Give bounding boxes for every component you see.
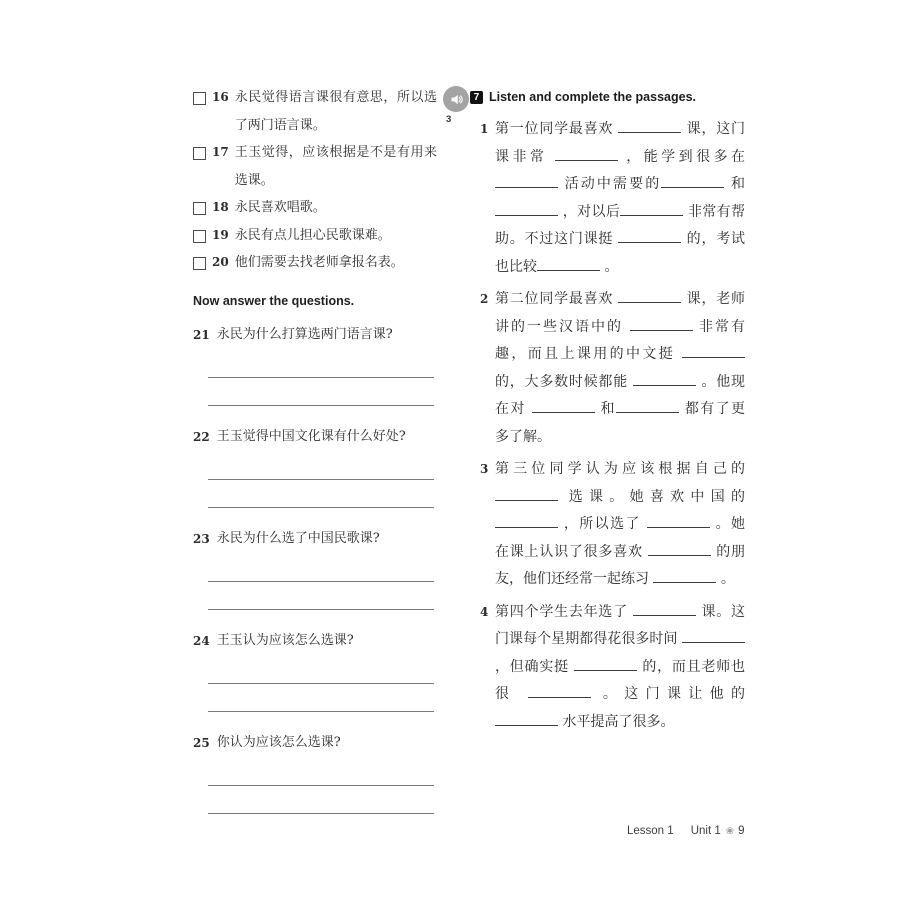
answer-line[interactable]	[208, 786, 434, 814]
passage: 2第二位同学最喜欢 课，老师讲的一些汉语中的 非常有趣，而且上课用的中文挺 的，…	[470, 286, 750, 451]
fill-in-blank[interactable]	[618, 119, 681, 133]
question-text: 永民为什么打算选两门语言课?	[217, 324, 393, 346]
passage-segment: 的，大多数时候都能	[495, 374, 633, 390]
question-block: 21永民为什么打算选两门语言课?	[193, 324, 437, 406]
passage-number: 4	[480, 599, 495, 627]
question-text-row: 25你认为应该怎么选课?	[193, 732, 437, 754]
question-number: 24	[193, 630, 210, 652]
checklist-item-number: 17	[212, 139, 229, 167]
checkbox-icon[interactable]	[193, 92, 206, 105]
question-text-row: 23永民为什么选了中国民歌课?	[193, 528, 437, 550]
fill-in-blank[interactable]	[495, 174, 558, 188]
checklist-item-text: 他们需要去找老师拿报名表。	[235, 249, 404, 277]
passage-text: 第二位同学最喜欢 课，老师讲的一些汉语中的 非常有趣，而且上课用的中文挺 的，大…	[495, 286, 745, 451]
fill-in-blank[interactable]	[647, 514, 710, 528]
question-block: 25你认为应该怎么选课?	[193, 732, 437, 814]
exercise-instruction: Listen and complete the passages.	[489, 90, 696, 105]
fill-in-blank[interactable]	[618, 289, 681, 303]
passage-segment: 。	[600, 259, 618, 275]
answer-line[interactable]	[208, 652, 434, 684]
fill-in-blank[interactable]	[528, 684, 591, 698]
checklist-item: 19永民有点儿担心民歌课难。	[193, 222, 437, 250]
fill-in-blank[interactable]	[620, 202, 683, 216]
fill-in-blank[interactable]	[555, 147, 618, 161]
passage-segment: ，但确实挺	[495, 659, 574, 675]
fill-in-blank[interactable]	[495, 202, 558, 216]
checklist-item-number: 20	[212, 249, 229, 277]
question-text: 永民为什么选了中国民歌课?	[217, 528, 380, 550]
fill-in-blank[interactable]	[653, 569, 716, 583]
speaker-icon	[443, 86, 469, 112]
checklist-item-text: 永民有点儿担心民歌课难。	[235, 222, 391, 250]
answer-line[interactable]	[208, 448, 434, 480]
question-block: 24王玉认为应该怎么选课?	[193, 630, 437, 712]
passage-text: 第一位同学最喜欢 课，这门课非常 ，能学到很多在 活动中需要的 和 ，对以后 非…	[495, 116, 745, 281]
passage-segment: 第二位同学最喜欢	[495, 291, 618, 307]
checkbox-icon[interactable]	[193, 147, 206, 160]
fill-in-blank[interactable]	[633, 602, 696, 616]
fill-in-blank[interactable]	[618, 229, 681, 243]
fill-in-blank[interactable]	[495, 514, 558, 528]
passage: 1第一位同学最喜欢 课，这门课非常 ，能学到很多在 活动中需要的 和 ，对以后 …	[470, 116, 750, 281]
checklist-item-number: 16	[212, 84, 229, 112]
answer-area	[208, 448, 437, 508]
checklist-item: 20他们需要去找老师拿报名表。	[193, 249, 437, 277]
checkbox-icon[interactable]	[193, 202, 206, 215]
answer-line[interactable]	[208, 346, 434, 378]
passage-segment: 活动中需要的	[558, 176, 661, 192]
passage-segment: 和	[595, 401, 616, 417]
questions-heading: Now answer the questions.	[193, 294, 437, 308]
left-column: 16永民觉得语言课很有意思，所以选了两门语言课。17王玉觉得，应该根据是不是有用…	[193, 84, 437, 834]
checklist-item-text: 王玉觉得，应该根据是不是有用来选课。	[235, 139, 437, 194]
question-block: 22王玉觉得中国文化课有什么好处?	[193, 426, 437, 508]
passage-segment: ，所以选了	[558, 516, 647, 532]
question-number: 21	[193, 324, 210, 346]
fill-in-blank[interactable]	[630, 317, 693, 331]
answer-line[interactable]	[208, 754, 434, 786]
fill-in-blank[interactable]	[648, 542, 711, 556]
answer-area	[208, 346, 437, 406]
answer-area	[208, 652, 437, 712]
question-text: 王玉觉得中国文化课有什么好处?	[217, 426, 406, 448]
passage-number: 3	[480, 456, 495, 484]
fill-in-blank[interactable]	[682, 344, 745, 358]
checklist-item-number: 19	[212, 222, 229, 250]
exercise-number-badge: 7	[470, 91, 483, 104]
passages-list: 1第一位同学最喜欢 课，这门课非常 ，能学到很多在 活动中需要的 和 ，对以后 …	[470, 116, 750, 736]
flower-icon: ❀	[726, 826, 734, 837]
question-text: 王玉认为应该怎么选课?	[217, 630, 354, 652]
checklist-item-text: 永民喜欢唱歌。	[235, 194, 326, 222]
fill-in-blank[interactable]	[495, 712, 558, 726]
passage-segment: 选课。她喜欢中国的	[558, 489, 745, 505]
passage-segment: ，能学到很多在	[618, 149, 745, 165]
passage-number: 1	[480, 116, 495, 144]
checklist-item: 18永民喜欢唱歌。	[193, 194, 437, 222]
fill-in-blank[interactable]	[616, 399, 679, 413]
question-text-row: 24王玉认为应该怎么选课?	[193, 630, 437, 652]
fill-in-blank[interactable]	[661, 174, 724, 188]
audio-track-number: 3	[446, 114, 471, 125]
answer-line[interactable]	[208, 378, 434, 406]
question-number: 23	[193, 528, 210, 550]
fill-in-blank[interactable]	[682, 629, 745, 643]
answer-area	[208, 754, 437, 814]
passage-segment: 第四个学生去年选了	[495, 604, 633, 620]
question-number: 25	[193, 732, 210, 754]
checkbox-icon[interactable]	[193, 257, 206, 270]
answer-line[interactable]	[208, 550, 434, 582]
passage-segment: 。这门课让他的	[591, 686, 745, 702]
checklist-item-number: 18	[212, 194, 229, 222]
answer-line[interactable]	[208, 582, 434, 610]
passage-segment: 水平提高了很多。	[558, 714, 674, 730]
answer-line[interactable]	[208, 480, 434, 508]
passage-segment: 第三位同学认为应该根据自己的	[495, 461, 745, 477]
answer-area	[208, 550, 437, 610]
question-block: 23永民为什么选了中国民歌课?	[193, 528, 437, 610]
question-number: 22	[193, 426, 210, 448]
checklist-item: 17王玉觉得，应该根据是不是有用来选课。	[193, 139, 437, 194]
fill-in-blank[interactable]	[633, 372, 696, 386]
checkbox-icon[interactable]	[193, 230, 206, 243]
answer-line[interactable]	[208, 684, 434, 712]
passage-segment: ，对以后	[558, 204, 620, 220]
right-column: 7 Listen and complete the passages. 1第一位…	[470, 90, 750, 741]
passage-segment: 第一位同学最喜欢	[495, 121, 618, 137]
question-text-row: 21永民为什么打算选两门语言课?	[193, 324, 437, 346]
passage-text: 第三位同学认为应该根据自己的 选课。她喜欢中国的 ，所以选了 。她在课上认识了很…	[495, 456, 745, 594]
workbook-page: 3 16永民觉得语言课很有意思，所以选了两门语言课。17王玉觉得，应该根据是不是…	[0, 0, 900, 900]
fill-in-blank[interactable]	[495, 487, 558, 501]
page-footer: Lesson 1 Unit 1 ❀ 9	[627, 825, 745, 837]
passage-segment: 。	[716, 571, 734, 587]
checklist-item: 16永民觉得语言课很有意思，所以选了两门语言课。	[193, 84, 437, 139]
checklist-item-text: 永民觉得语言课很有意思，所以选了两门语言课。	[235, 84, 437, 139]
fill-in-blank[interactable]	[537, 257, 600, 271]
footer-lesson: Lesson 1	[627, 825, 674, 837]
passage-number: 2	[480, 286, 495, 314]
questions-list: 21永民为什么打算选两门语言课?22王玉觉得中国文化课有什么好处?23永民为什么…	[193, 324, 437, 814]
audio-badge: 3	[443, 86, 471, 125]
question-text-row: 22王玉觉得中国文化课有什么好处?	[193, 426, 437, 448]
footer-page-number: 9	[738, 825, 744, 837]
passage: 3第三位同学认为应该根据自己的 选课。她喜欢中国的 ，所以选了 。她在课上认识了…	[470, 456, 750, 594]
passage-text: 第四个学生去年选了 课。这门课每个星期都得花很多时间 ，但确实挺 的，而且老师也…	[495, 599, 745, 737]
exercise-header: 7 Listen and complete the passages.	[470, 90, 750, 105]
checklist: 16永民觉得语言课很有意思，所以选了两门语言课。17王玉觉得，应该根据是不是有用…	[193, 84, 437, 277]
fill-in-blank[interactable]	[532, 399, 595, 413]
passage: 4第四个学生去年选了 课。这门课每个星期都得花很多时间 ，但确实挺 的，而且老师…	[470, 599, 750, 737]
question-text: 你认为应该怎么选课?	[217, 732, 341, 754]
passage-segment: 和	[724, 176, 745, 192]
footer-unit: Unit 1	[691, 825, 721, 837]
fill-in-blank[interactable]	[574, 657, 637, 671]
